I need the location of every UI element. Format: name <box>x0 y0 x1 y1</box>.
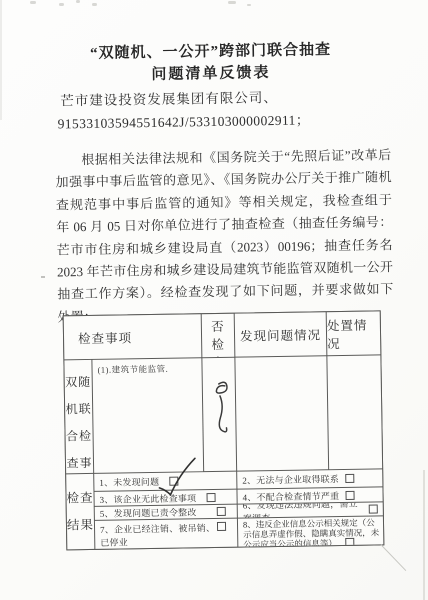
scan-stray-line <box>380 544 406 571</box>
disposition-cell <box>327 355 382 469</box>
results-label: 检查 结果 <box>66 474 94 549</box>
checkbox-item-5 <box>217 507 226 516</box>
inspection-table: 检查事项 是否检查 发现问题情况 处置情况 双随 机联 合检 查事 项 (1).… <box>63 310 385 550</box>
header-disposition: 处置情况 <box>327 311 381 355</box>
checkbox-item-2 <box>345 474 354 483</box>
form-content: “双随机、一公开”跨部门联合抽查 问题清单反馈表 芒市建设投资发展集团有限公司、… <box>0 0 428 600</box>
result-item-3: 3、该企业无此检查事项 <box>94 490 236 506</box>
header-checked: 是否检查 <box>202 314 235 357</box>
checkbox-item-3 <box>206 493 215 502</box>
checkbox-item-8 <box>345 538 354 547</box>
header-check-items: 检查事项 <box>64 314 202 359</box>
checkbox-item-4 <box>345 490 354 499</box>
category-label: 双随 机联 合检 查事 项 <box>64 360 93 473</box>
credit-code: 91533103594551642J/533103000002911； <box>58 108 310 132</box>
result-item-8: 8、违反企业信息公示相关规定（公示信息弄虚作假、隐瞒真实情况，未公示应当公示的信… <box>238 516 383 546</box>
checked-cell <box>202 358 236 471</box>
problems-found-cell <box>235 356 328 470</box>
result-item-5: 5、发现问题已责令整改 <box>95 505 237 520</box>
result-item-1: 1、未发现问题 <box>94 472 236 491</box>
checkbox-item-6 <box>369 504 378 513</box>
header-problems-found: 发现问题情况 <box>235 312 327 356</box>
body-paragraph: 根据相关法律法规和《国务院关于“先照后证”改革后 加强事中事后监管的意见》、《国… <box>55 144 394 328</box>
check-item-text: (1).建筑节能监管. <box>92 358 203 473</box>
result-item-7: 7、企业已经注销、被吊销、已停业 <box>95 519 237 549</box>
scanned-form-page: “双随机、一公开”跨部门联合抽查 问题清单反馈表 芒市建设投资发展集团有限公司、… <box>0 0 428 600</box>
checkbox-item-7 <box>217 522 226 531</box>
result-item-6: 6、发现违法违规问题，需立案调查 <box>238 502 383 517</box>
company-name: 芒市建设投资发展集团有限公司、 <box>60 86 278 109</box>
result-item-2: 2、无法与企业取得联系 <box>237 469 382 488</box>
checkbox-item-1 <box>169 477 178 486</box>
result-item-4: 4、不配合检查情节严重 <box>237 487 382 503</box>
